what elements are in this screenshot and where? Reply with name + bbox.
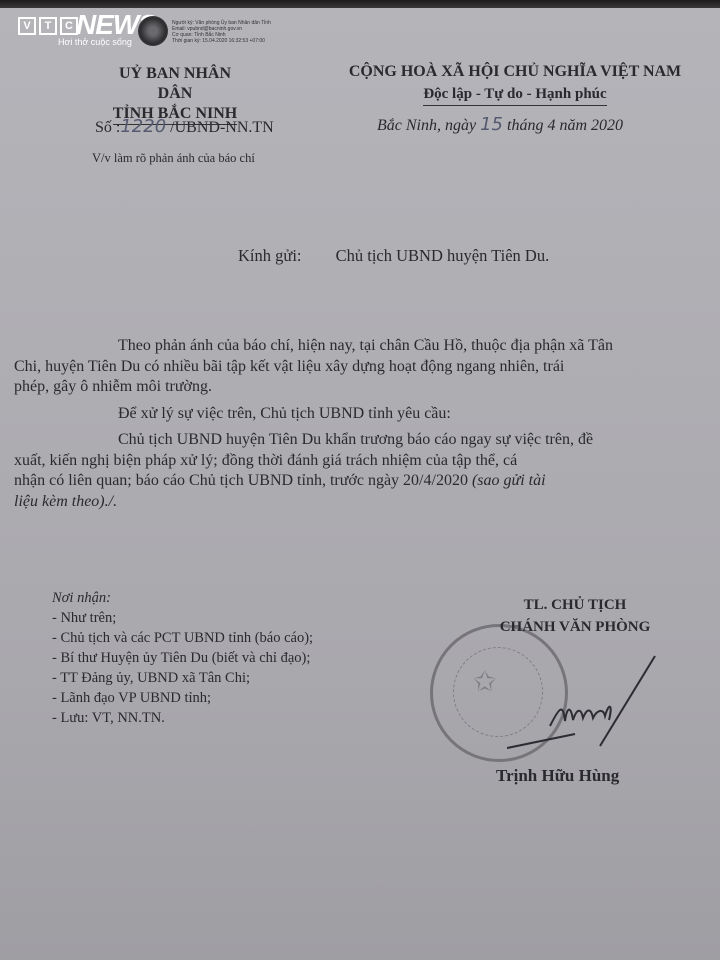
signer-block: TL. CHỦ TỊCH CHÁNH VĂN PHÒNG — [470, 594, 680, 638]
vtc-logo-boxes: V T C — [18, 17, 78, 35]
date-year: 2020 — [591, 117, 623, 134]
issue-date: Bắc Ninh, ngày 15 tháng 4 năm 2020 — [377, 114, 623, 135]
body-line: Theo phản ánh của báo chí, hiện nay, tại… — [118, 337, 613, 354]
number-prefix: Số : — [95, 119, 120, 136]
signer-name: Trịnh Hữu Hùng — [496, 766, 619, 786]
paragraph-2: Để xử lý sự việc trên, Chủ tịch UBND tỉn… — [66, 404, 720, 425]
body-italic: liệu kèm theo)./. — [14, 493, 117, 510]
digital-signature-seal-icon — [138, 16, 168, 46]
date-day-label: ngày — [445, 117, 476, 134]
star-icon: ✩ — [473, 665, 496, 699]
date-place: Bắc Ninh, — [377, 117, 441, 134]
recipient-item: - Lãnh đạo VP UBND tỉnh; — [52, 688, 313, 708]
letter-body: Theo phản ánh của báo chí, hiện nay, tại… — [66, 336, 720, 518]
body-italic: (sao gửi tài — [472, 472, 546, 489]
addressee: Kính gửi: Chủ tịch UBND huyện Tiên Du. — [238, 246, 549, 266]
number-suffix: /UBND-NN.TN — [170, 119, 274, 136]
recipient-item: - Chủ tịch và các PCT UBND tỉnh (báo cáo… — [52, 628, 313, 648]
recipient-item: - Bí thư Huyện ủy Tiên Du (biết và chỉ đ… — [52, 648, 313, 668]
paragraph-1: Theo phản ánh của báo chí, hiện nay, tại… — [66, 336, 720, 398]
recipient-item: - TT Đảng ủy, UBND xã Tân Chi; — [52, 668, 313, 688]
body-line: phép, gây ô nhiễm môi trường. — [14, 378, 212, 395]
recipients-title: Nơi nhận: — [52, 588, 313, 608]
addressee-label: Kính gửi: — [238, 246, 302, 265]
addressee-name: Chủ tịch UBND huyện Tiên Du. — [336, 246, 550, 265]
handwritten-signature — [505, 646, 675, 756]
digisig-line: Thời gian ký: 15.04.2020 16:32:53 +07:00 — [172, 38, 271, 44]
recipients-list: Nơi nhận: - Như trên; - Chủ tịch và các … — [52, 588, 313, 728]
body-line: nhận có liên quan; báo cáo Chủ tịch UBND… — [14, 472, 468, 489]
body-line: Chủ tịch UBND huyện Tiên Du khẩn trương … — [118, 431, 593, 448]
document-page: V T C NEWS Hơi thở cuộc sống Người ký: V… — [0, 6, 720, 960]
date-month: 4 — [547, 117, 555, 134]
recipient-item: - Như trên; — [52, 608, 313, 628]
logo-letter: T — [39, 17, 57, 35]
nation-title: CỘNG HOÀ XÃ HỘI CHỦ NGHĨA VIỆT NAM — [330, 61, 700, 83]
national-motto: Độc lập - Tự do - Hạnh phúc — [423, 83, 606, 106]
body-line: xuất, kiến nghị biện pháp xử lý; đồng th… — [14, 452, 517, 469]
signer-title-2: CHÁNH VĂN PHÒNG — [470, 616, 680, 638]
logo-letter: V — [18, 17, 36, 35]
digital-signature-block: Người ký: Văn phòng Ủy ban Nhân dân Tỉnh… — [172, 20, 271, 44]
subject-line: V/v làm rõ phản ánh của báo chí — [92, 151, 255, 166]
date-day-handwritten: 15 — [480, 114, 503, 135]
date-month-label: tháng — [507, 117, 543, 134]
date-year-label: năm — [559, 117, 587, 134]
paragraph-3: Chủ tịch UBND huyện Tiên Du khẩn trương … — [66, 430, 720, 512]
photo-top-edge — [0, 0, 720, 8]
body-line: Chi, huyện Tiên Du có nhiều bãi tập kết … — [14, 358, 564, 375]
national-header: CỘNG HOÀ XÃ HỘI CHỦ NGHĨA VIỆT NAM Độc l… — [330, 61, 700, 106]
document-number: Số :1220 /UBND-NN.TN — [95, 116, 274, 137]
signer-title-1: TL. CHỦ TỊCH — [470, 594, 680, 616]
recipient-item: - Lưu: VT, NN.TN. — [52, 708, 313, 728]
number-handwritten: 1220 — [120, 116, 166, 137]
issuer-line1: UỶ BAN NHÂN DÂN — [100, 64, 250, 104]
